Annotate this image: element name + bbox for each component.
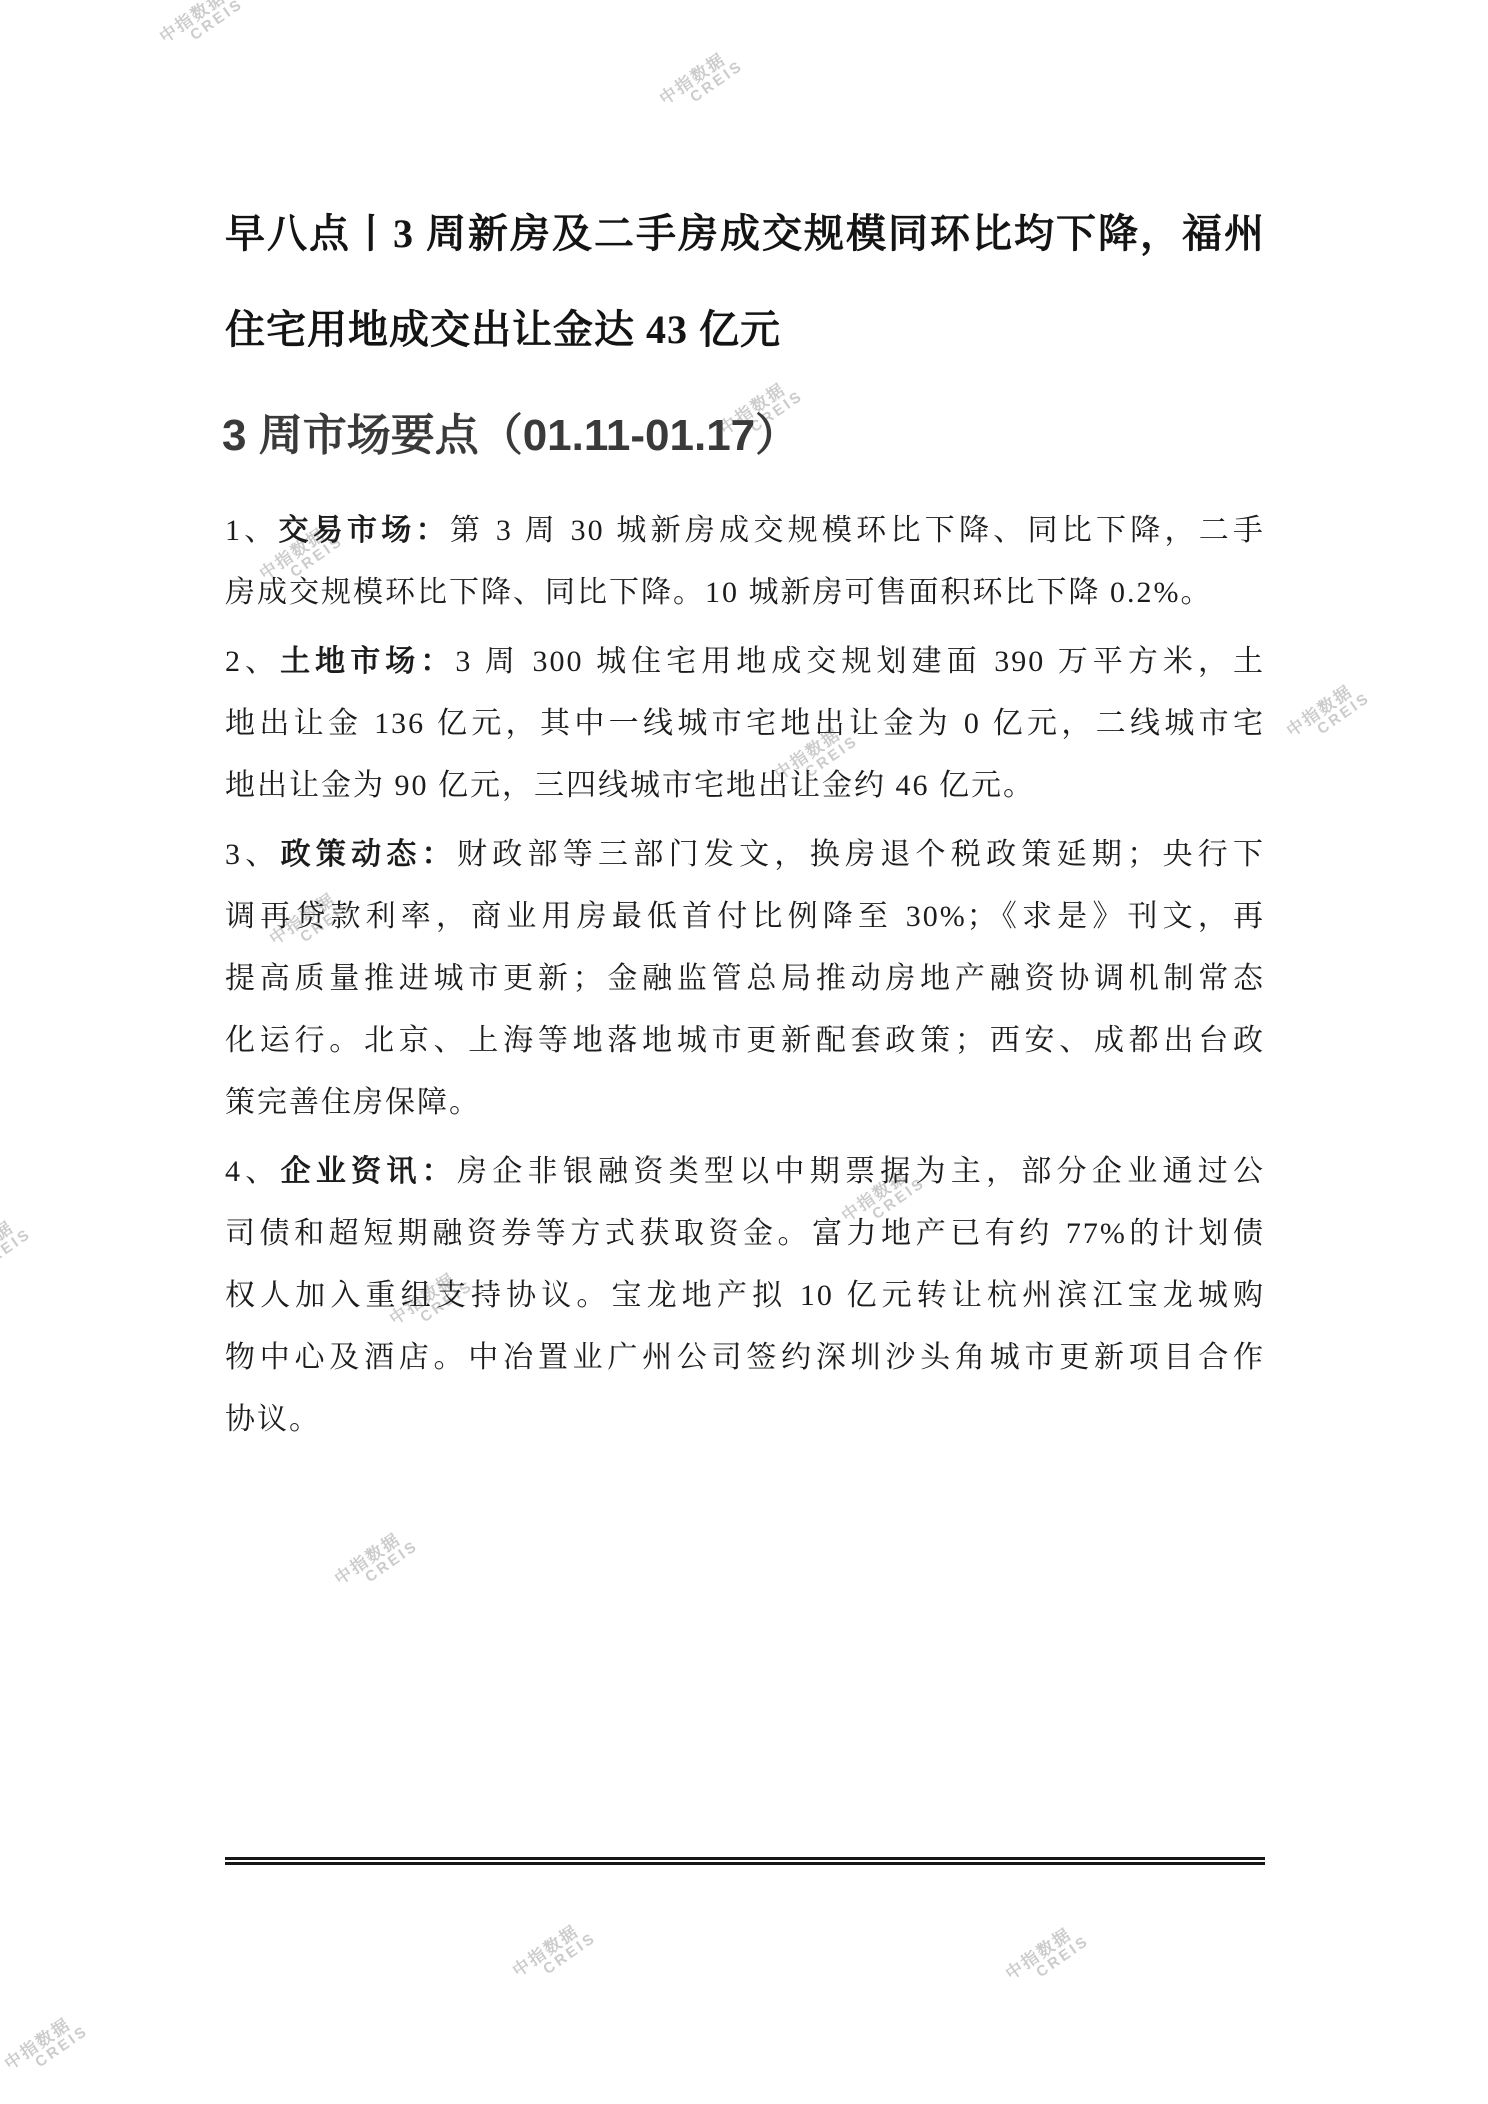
paragraph-4: 4、企业资讯：房企非银融资类型以中期票据为主，部分企业通过公司债和超短期融资券等… xyxy=(225,1141,1265,1451)
paragraph-text: 房企非银融资类型以中期票据为主，部分企业通过公 xyxy=(457,1155,1265,1188)
text-line: 物中心及酒店。中冶置业广州公司签约深圳沙头角城市更新项目合作 xyxy=(225,1327,1265,1389)
paragraph-text: 第 3 周 30 城新房成交规模环比下降、同比下降，二手 xyxy=(450,514,1265,547)
section-heading: 3 周市场要点（01.11-01.17） xyxy=(222,410,1372,462)
paragraph-number: 1、 xyxy=(225,514,279,547)
title-line: 住宅用地成交出让金达 43 亿元 xyxy=(225,282,1265,378)
paragraph-3: 3、政策动态：财政部等三部门发文，换房退个税政策延期；央行下调再贷款利率，商业用… xyxy=(225,824,1265,1134)
paragraph-label: 企业资讯： xyxy=(281,1155,457,1188)
creis-watermark: 中指数据CREIS xyxy=(1280,671,1374,753)
creis-watermark: 中指数据CREIS xyxy=(153,0,247,59)
creis-watermark: 中指数据CREIS xyxy=(0,1207,35,1289)
text-line: 协议。 xyxy=(225,1389,1265,1451)
creis-watermark: 中指数据CREIS xyxy=(506,1911,600,1993)
bottom-double-rule xyxy=(225,1857,1265,1865)
paragraph-1: 1、交易市场：第 3 周 30 城新房成交规模环比下降、同比下降，二手房成交规模… xyxy=(225,500,1265,624)
document-title: 早八点丨3 周新房及二手房成交规模同环比均下降，福州住宅用地成交出让金达 43 … xyxy=(225,186,1265,378)
title-line: 早八点丨3 周新房及二手房成交规模同环比均下降，福州 xyxy=(225,186,1265,282)
text-line: 房成交规模环比下降、同比下降。10 城新房可售面积环比下降 0.2%。 xyxy=(225,562,1265,624)
text-line: 司债和超短期融资券等方式获取资金。富力地产已有约 77%的计划债 xyxy=(225,1203,1265,1265)
text-line: 化运行。北京、上海等地落地城市更新配套政策；西安、成都出台政 xyxy=(225,1010,1265,1072)
text-line: 提高质量推进城市更新；金融监管总局推动房地产融资协调机制常态 xyxy=(225,948,1265,1010)
text-line: 地出让金 136 亿元，其中一线城市宅地出让金为 0 亿元，二线城市宅 xyxy=(225,693,1265,755)
creis-watermark: 中指数据CREIS xyxy=(999,1914,1093,1996)
text-line: 4、企业资讯：房企非银融资类型以中期票据为主，部分企业通过公 xyxy=(225,1141,1265,1203)
paragraph-label: 土地市场： xyxy=(280,645,455,678)
document-body: 1、交易市场：第 3 周 30 城新房成交规模环比下降、同比下降，二手房成交规模… xyxy=(225,500,1265,1458)
creis-watermark: 中指数据CREIS xyxy=(328,1519,422,1601)
paragraph-label: 交易市场： xyxy=(279,514,450,547)
text-line: 权人加入重组支持协议。宝龙地产拟 10 亿元转让杭州滨江宝龙城购 xyxy=(225,1265,1265,1327)
text-line: 调再贷款利率，商业用房最低首付比例降至 30%；《求是》刊文，再 xyxy=(225,886,1265,948)
text-line: 3、政策动态：财政部等三部门发文，换房退个税政策延期；央行下 xyxy=(225,824,1265,886)
paragraph-label: 政策动态： xyxy=(281,838,457,871)
text-line: 1、交易市场：第 3 周 30 城新房成交规模环比下降、同比下降，二手 xyxy=(225,500,1265,562)
text-line: 策完善住房保障。 xyxy=(225,1072,1265,1134)
text-line: 2、土地市场：3 周 300 城住宅用地成交规划建面 390 万平方米，土 xyxy=(225,631,1265,693)
paragraph-number: 3、 xyxy=(225,838,281,871)
creis-watermark: 中指数据CREIS xyxy=(0,2004,92,2086)
paragraph-number: 4、 xyxy=(225,1155,281,1188)
document-page: { "page": { "width": 1488, "height": 210… xyxy=(0,0,1488,2104)
paragraph-number: 2、 xyxy=(225,645,280,678)
paragraph-text: 财政部等三部门发文，换房退个税政策延期；央行下 xyxy=(457,838,1265,871)
creis-watermark: 中指数据CREIS xyxy=(653,39,747,121)
text-line: 地出让金为 90 亿元，三四线城市宅地出让金约 46 亿元。 xyxy=(225,755,1265,817)
paragraph-2: 2、土地市场：3 周 300 城住宅用地成交规划建面 390 万平方米，土地出让… xyxy=(225,631,1265,817)
paragraph-text: 3 周 300 城住宅用地成交规划建面 390 万平方米，土 xyxy=(455,645,1265,678)
